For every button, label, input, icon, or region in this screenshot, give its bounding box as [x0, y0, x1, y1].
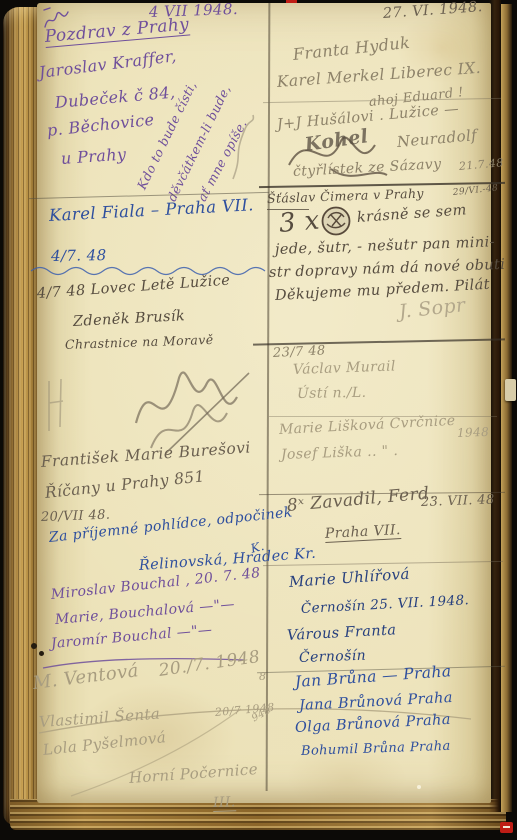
entry-signature: Bohumil Brůna Praha [301, 740, 451, 758]
entry-date: 4/7. 48 [51, 248, 107, 264]
book-right-cover-edge [501, 4, 512, 812]
entry-signature: Václav Murail [293, 359, 396, 377]
entry-signature: Várous Franta [287, 623, 397, 643]
entry-signature: Zdeněk Brusík [73, 309, 186, 329]
entry-signature: Josef Liška .. " . [281, 444, 399, 462]
entry-signature: Jaroslav Kraffer, [38, 48, 177, 81]
entry-signature: Jan Brůna — Praha [294, 664, 452, 690]
entry-address: Dubeček č 84, [54, 85, 176, 111]
wavy-rule [31, 263, 266, 277]
entry-date: 1948 [457, 426, 490, 439]
guestbook-page: 4 VII 1948. Pozdrav z Prahy Jaroslav Kra… [37, 3, 491, 803]
entry-date: 27. VI. 1948. [382, 0, 483, 21]
entry-count: 3 x [278, 208, 321, 237]
ink-speck [31, 643, 37, 649]
entry-signature: Karel Fiala – Praha VII. [49, 197, 255, 224]
entry-address: Praha VII. [325, 523, 402, 543]
entry-address: Horní Počernice [128, 762, 258, 786]
entry-address: Černošín [299, 649, 366, 665]
entry-date: 23/7 48 [273, 344, 326, 360]
margin-mark: K. [249, 540, 265, 555]
entry-note-line: jede, šutr, - nešutr pan mini- [275, 235, 495, 257]
faint-scribble-icon [229, 113, 259, 183]
entry-address: Ústí n./L. [297, 386, 367, 401]
entry-address: Černošín 25. VII. 1948. [301, 594, 470, 616]
entry-note-line: krásně se sem [356, 203, 467, 225]
entry-signature: Marie Uhlířová [288, 567, 410, 590]
entry-address: p. Běchovice [46, 112, 155, 139]
entry-signature: 4/7 48 Lovec Letě Lužice [36, 274, 230, 302]
red-corner-icon-bar [503, 826, 510, 828]
entry-signature: Jaromír Bouchal —"— [50, 623, 212, 651]
entry-numeral: III. [213, 795, 236, 812]
entry-signature: 8ˣ Zavadil, Ferd. [286, 485, 436, 515]
entry-date: 20/VII 48. [41, 509, 111, 524]
book-bottom-page-stack-edge [10, 799, 506, 830]
entry-signature: Franta Hyduk [292, 35, 411, 63]
bookmark-tab [505, 379, 516, 401]
entry-address: Chrastnice na Moravě [65, 334, 214, 352]
entry-signature: Šťáslav Čimera v Prahy [267, 188, 424, 206]
circled-stamp-icon [319, 204, 353, 238]
guestbook-scan: 4 VII 1948. Pozdrav z Prahy Jaroslav Kra… [0, 0, 517, 840]
entry-signature: J. Sopr [398, 296, 466, 322]
entry-address: u Prahy [60, 146, 126, 167]
entry-signature: Marie Lišková Cvrčnice [279, 414, 456, 437]
entry-date: 23. VII. 48 [421, 493, 495, 509]
entry-signature: Neuradolf [396, 128, 477, 150]
margin-mark: 8 [259, 671, 266, 682]
white-speck [417, 785, 421, 789]
entry-address: Říčany u Prahy 851 [44, 469, 205, 501]
